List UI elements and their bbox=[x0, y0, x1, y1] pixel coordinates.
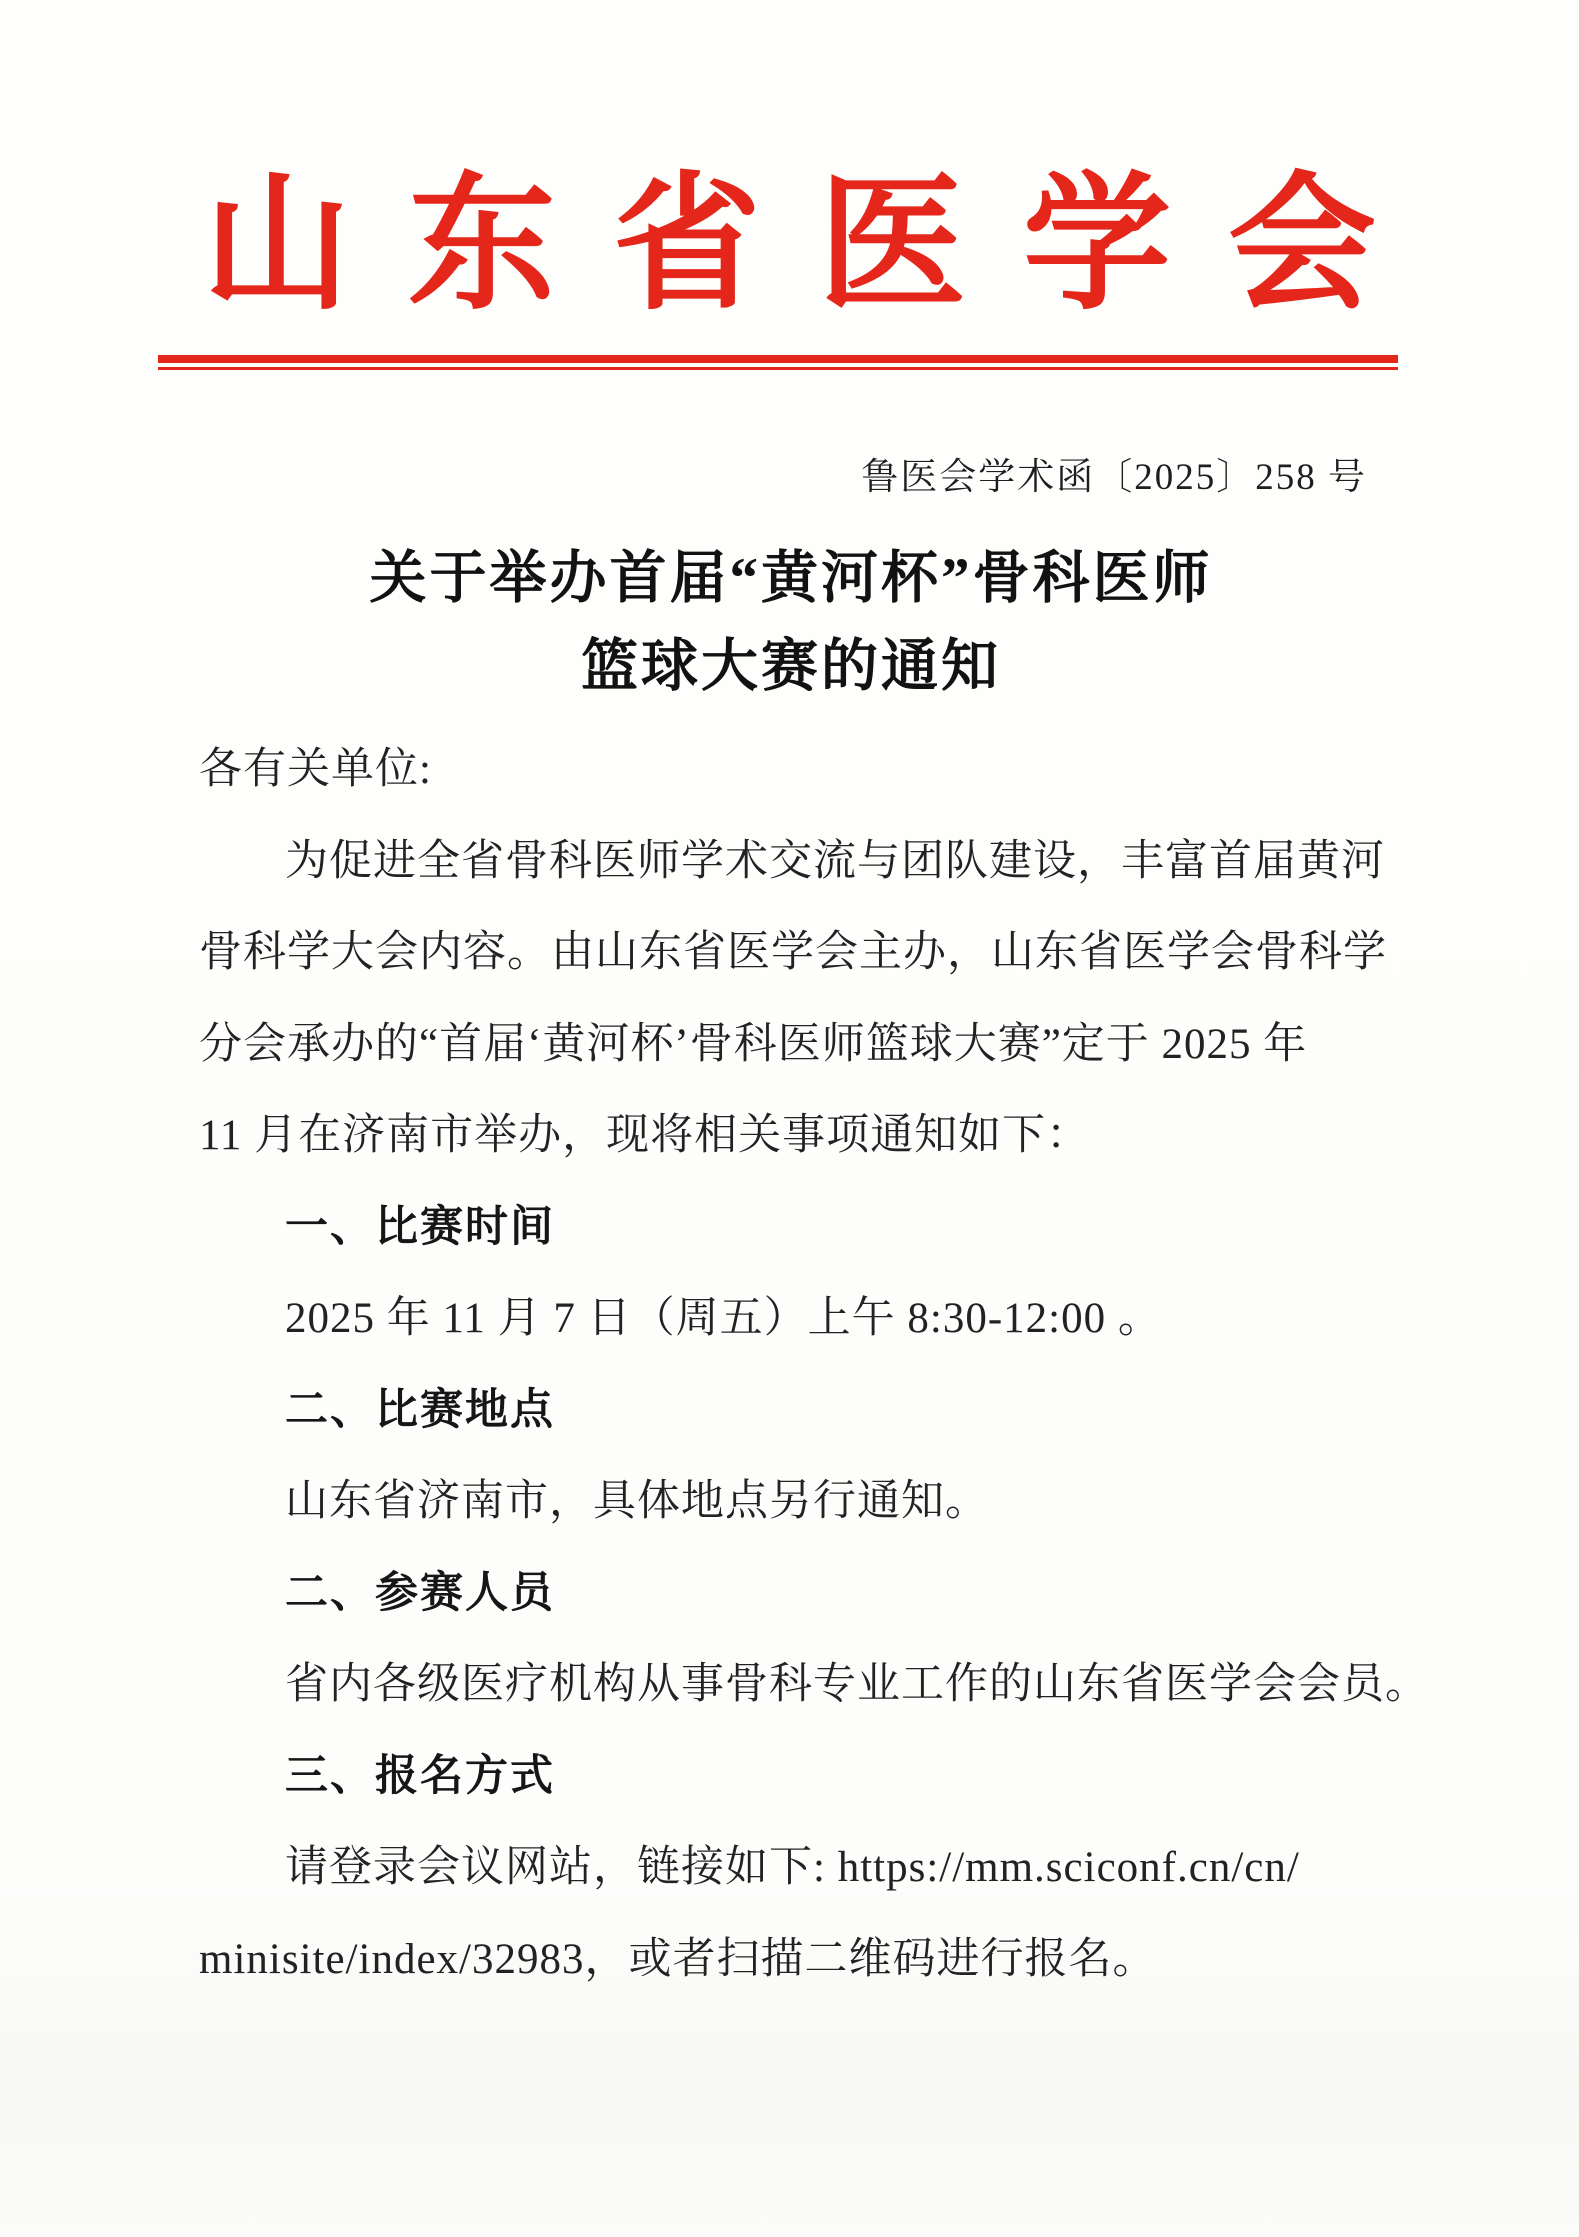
body-line: 二、参赛人员 bbox=[199, 1548, 1381, 1640]
body-line: 三、报名方式 bbox=[199, 1731, 1381, 1823]
body-line: 骨科学大会内容。由山东省医学会主办，山东省医学会骨科学 bbox=[199, 907, 1381, 999]
document-number: 鲁医会学术函〔2025〕258 号 bbox=[199, 450, 1381, 506]
notice-body: 各有关单位: 为促进全省骨科医师学术交流与团队建设，丰富首届黄河 骨科学大会内容… bbox=[199, 724, 1381, 2005]
body-line: 为促进全省骨科医师学术交流与团队建设，丰富首届黄河 bbox=[199, 816, 1381, 908]
notice-title-line2: 篮球大赛的通知 bbox=[0, 623, 1579, 711]
body-line: 请登录会议网站，链接如下: https://mm.sciconf.cn/cn/ bbox=[199, 1822, 1381, 1914]
notice-title-line1: 关于举办首届“黄河杯”骨科医师 bbox=[0, 535, 1579, 623]
organization-name: 山东省医学会 bbox=[0, 172, 1579, 320]
body-line: 11 月在济南市举办，现将相关事项通知如下： bbox=[199, 1090, 1381, 1182]
body-line: 山东省济南市，具体地点另行通知。 bbox=[199, 1456, 1381, 1548]
body-line: 省内各级医疗机构从事骨科专业工作的山东省医学会会员。 bbox=[199, 1639, 1381, 1731]
body-line: minisite/index/32983，或者扫描二维码进行报名。 bbox=[199, 1914, 1381, 2006]
body-line: 二、比赛地点 bbox=[199, 1365, 1381, 1457]
body-line: 各有关单位: bbox=[199, 724, 1381, 816]
body-line: 2025 年 11 月 7 日（周五）上午 8:30-12:00 。 bbox=[199, 1273, 1381, 1365]
body-line: 分会承办的“首届‘黄河杯’骨科医师篮球大赛”定于 2025 年 bbox=[199, 999, 1381, 1091]
scanned-notice-page: 山东省医学会 鲁医会学术函〔2025〕258 号 关于举办首届“黄河杯”骨科医师… bbox=[0, 0, 1579, 2237]
letterhead-divider bbox=[158, 355, 1398, 370]
body-line: 一、比赛时间 bbox=[199, 1182, 1381, 1274]
notice-title: 关于举办首届“黄河杯”骨科医师 篮球大赛的通知 bbox=[0, 535, 1579, 711]
